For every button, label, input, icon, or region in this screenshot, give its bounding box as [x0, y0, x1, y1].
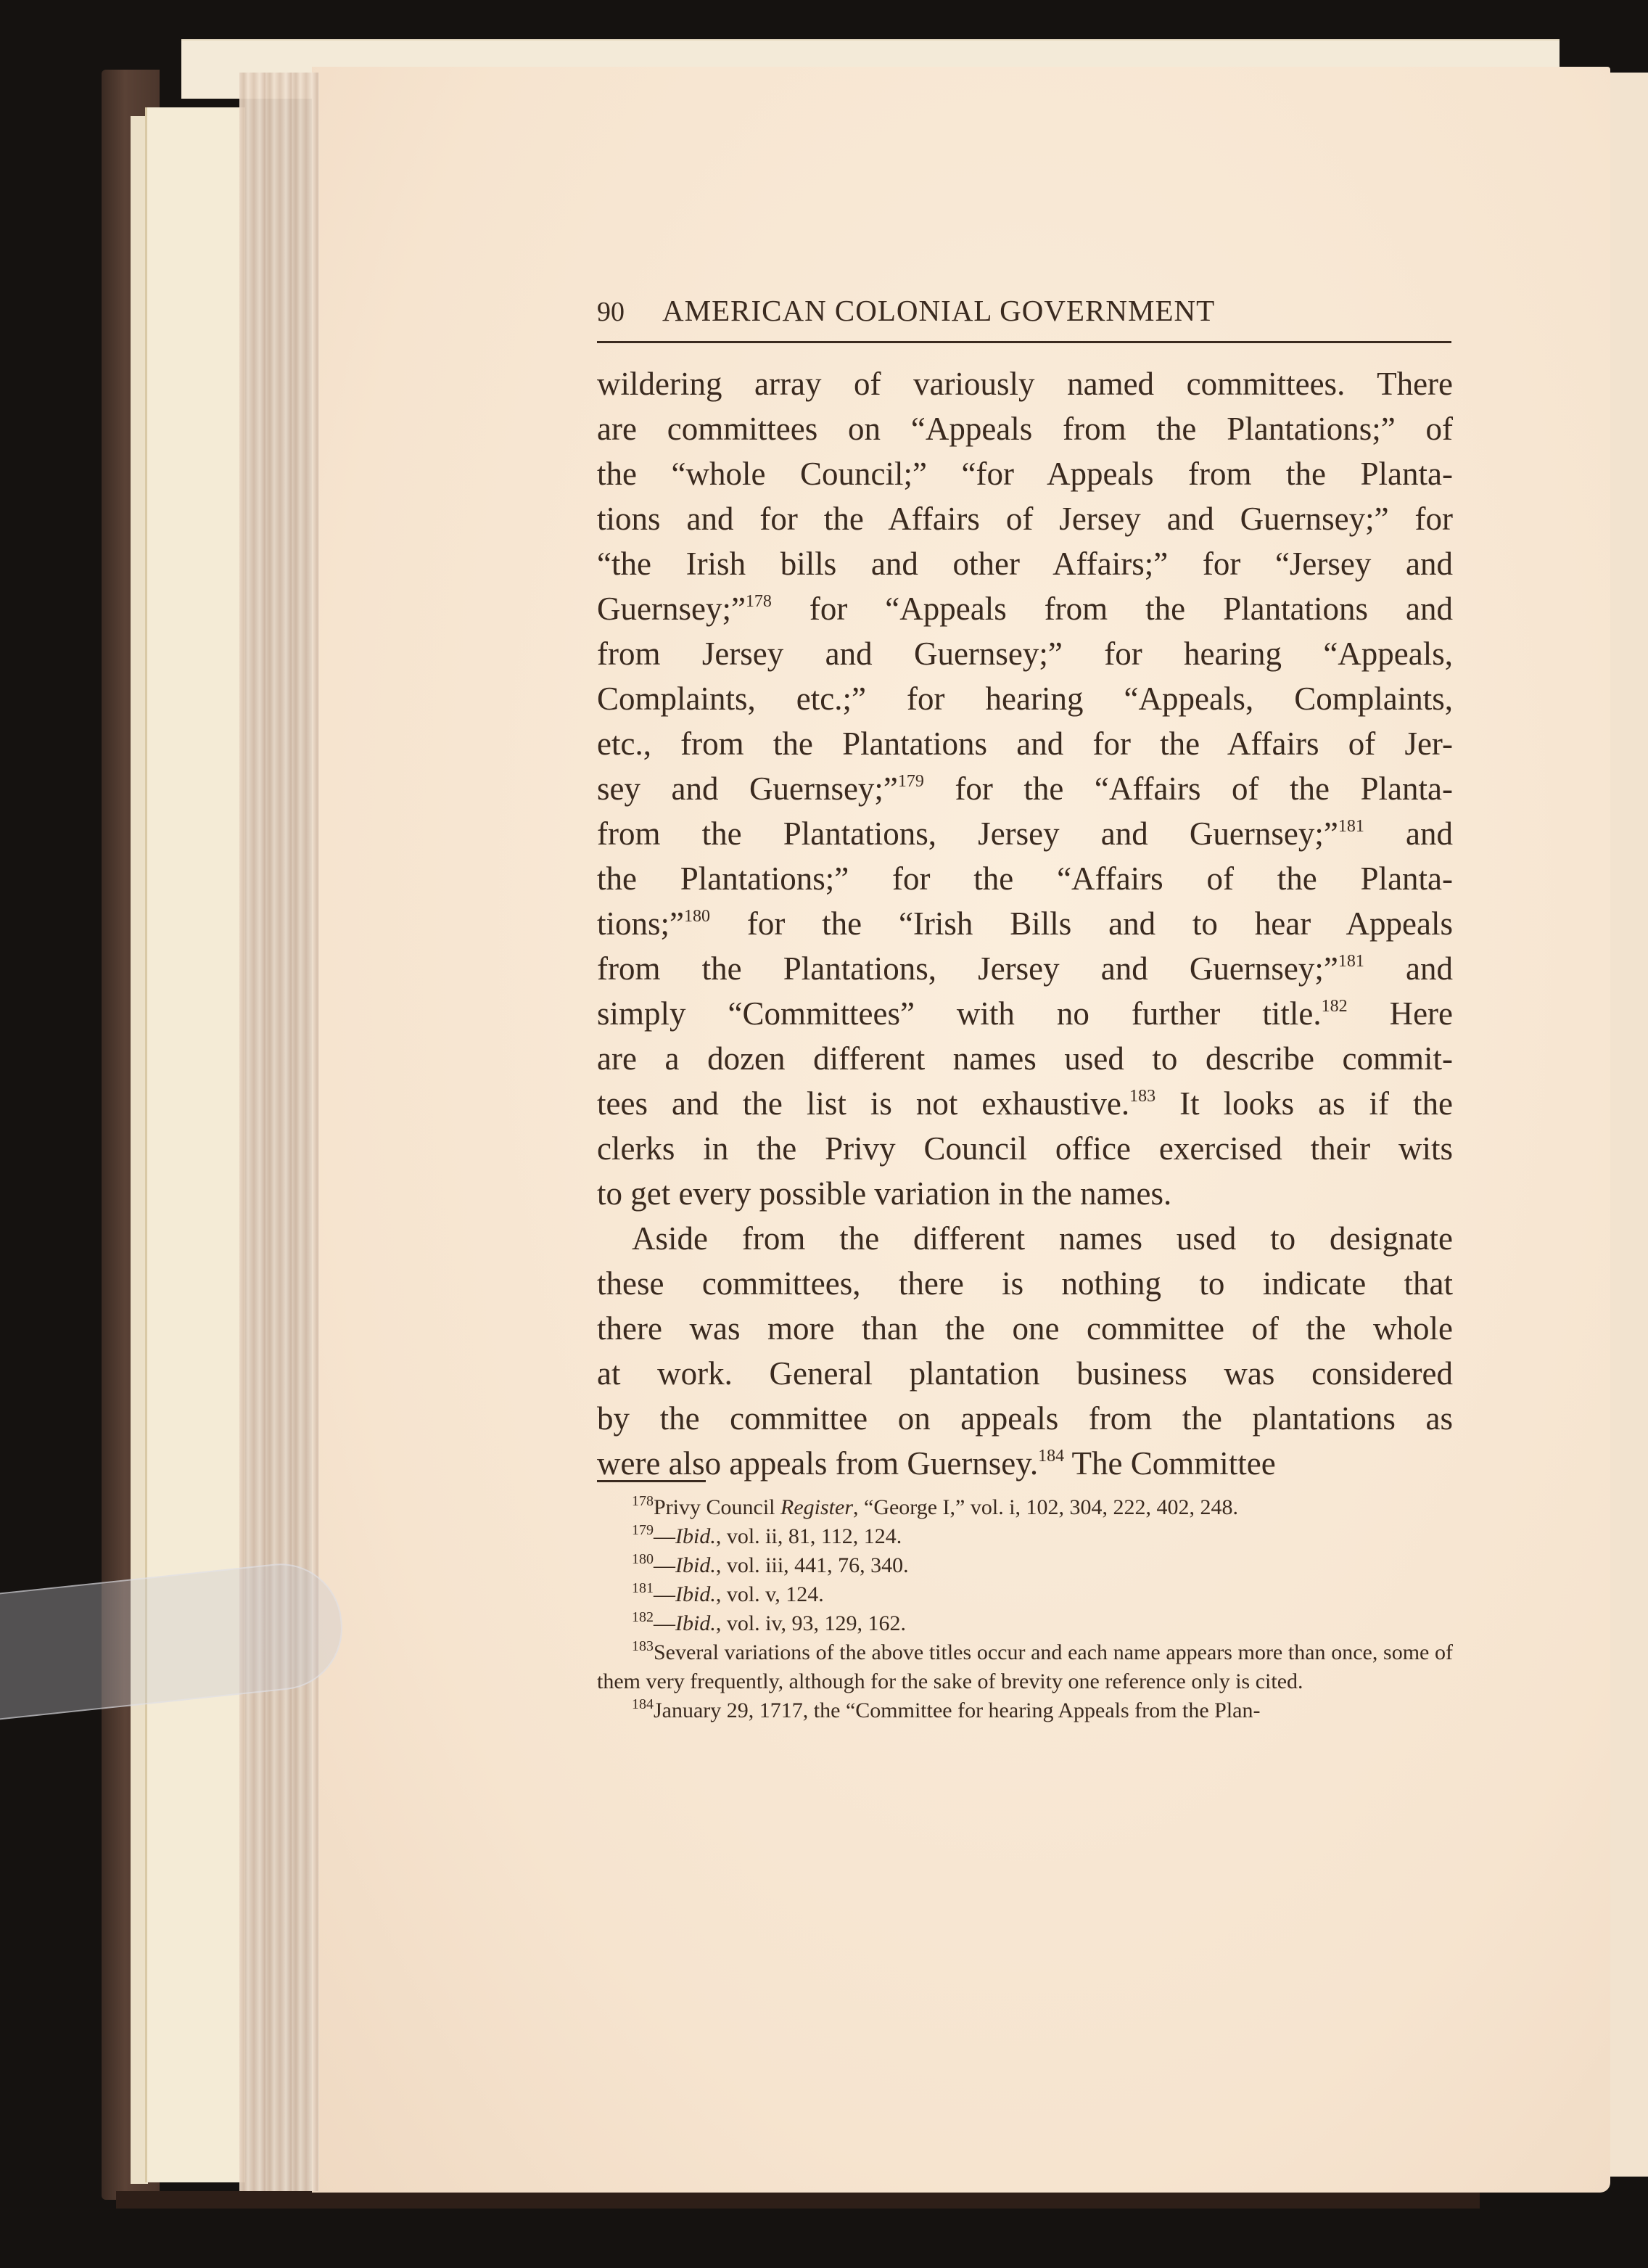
text-line: by the committee on appeals from the pla…	[597, 1396, 1453, 1441]
text-line: Complaints, etc.;” for hearing “Appeals,…	[597, 676, 1453, 721]
text-line: simply “Committees” with no further titl…	[597, 991, 1453, 1036]
text-line: Guernsey;”178 for “Appeals from the Plan…	[597, 586, 1453, 631]
text-line: from the Plantations, Jersey and Guernse…	[597, 811, 1453, 856]
text-line: were also appeals from Guernsey.184 The …	[597, 1441, 1453, 1486]
footnote-ref[interactable]: 181	[1338, 817, 1364, 836]
footnote-rule	[597, 1480, 706, 1482]
text-line: tions;”180 for the “Irish Bills and to h…	[597, 901, 1453, 946]
text-line: Aside from the different names used to d…	[597, 1216, 1453, 1261]
text-line: sey and Guernsey;”179 for the “Affairs o…	[597, 766, 1453, 811]
footnote-ref[interactable]: 178	[746, 592, 772, 611]
paragraph-2: Aside from the different names used to d…	[597, 1216, 1453, 1486]
footnote-183: 183Several variations of the above title…	[597, 1638, 1453, 1696]
running-title: AMERICAN COLONIAL GOVERNMENT	[662, 293, 1215, 328]
endpaper	[145, 107, 245, 2182]
text-line: from Jersey and Guernsey;” for hearing “…	[597, 631, 1453, 676]
text-line: tees and the list is not exhaustive.183 …	[597, 1081, 1453, 1126]
footnote-178: 178Privy Council Register, “George I,” v…	[597, 1493, 1453, 1522]
text-line: the Plantations;” for the “Affairs of th…	[597, 856, 1453, 901]
text-line: etc., from the Plantations and for the A…	[597, 721, 1453, 766]
deckle-edge-pages	[239, 73, 319, 2191]
book-cover-bottom	[116, 2191, 1480, 2209]
body-text: wildering array of variously named commi…	[597, 361, 1453, 1486]
footnotes: 178Privy Council Register, “George I,” v…	[597, 1493, 1453, 1725]
footnote-182: 182—Ibid., vol. iv, 93, 129, 162.	[597, 1609, 1453, 1638]
footnote-ref[interactable]: 183	[1129, 1087, 1155, 1106]
footnote-ref[interactable]: 180	[684, 907, 710, 926]
next-page-edge	[1609, 73, 1648, 2177]
footnote-179: 179—Ibid., vol. ii, 81, 112, 124.	[597, 1522, 1453, 1551]
text-line: clerks in the Privy Council office exerc…	[597, 1126, 1453, 1171]
footnote-181: 181—Ibid., vol. v, 124.	[597, 1580, 1453, 1609]
text-line: from the Plantations, Jersey and Guernse…	[597, 946, 1453, 991]
text-line: tions and for the Affairs of Jersey and …	[597, 496, 1453, 541]
text-line: “the Irish bills and other Affairs;” for…	[597, 541, 1453, 586]
text-line: wildering array of variously named commi…	[597, 361, 1453, 406]
footnote-ref[interactable]: 179	[898, 772, 924, 791]
text-line: at work. General plantation business was…	[597, 1351, 1453, 1396]
text-line: are a dozen different names used to desc…	[597, 1036, 1453, 1081]
page-header: 90 AMERICAN COLONIAL GOVERNMENT	[597, 293, 1453, 328]
text-line: these committees, there is nothing to in…	[597, 1261, 1453, 1306]
text-line: are committees on “Appeals from the Plan…	[597, 406, 1453, 451]
footnote-ref[interactable]: 182	[1322, 997, 1348, 1016]
text-line: there was more than the one committee of…	[597, 1306, 1453, 1351]
footnote-ref[interactable]: 181	[1338, 952, 1364, 971]
paragraph-1: wildering array of variously named commi…	[597, 361, 1453, 1216]
footnote-ref[interactable]: 184	[1038, 1447, 1064, 1466]
header-rule	[597, 341, 1451, 343]
page-number: 90	[597, 296, 662, 328]
text-line: to get every possible variation in the n…	[597, 1171, 1453, 1216]
footnote-180: 180—Ibid., vol. iii, 441, 76, 340.	[597, 1551, 1453, 1580]
footnote-184: 184January 29, 1717, the “Committee for …	[597, 1696, 1453, 1725]
text-line: the “whole Council;” “for Appeals from t…	[597, 451, 1453, 496]
